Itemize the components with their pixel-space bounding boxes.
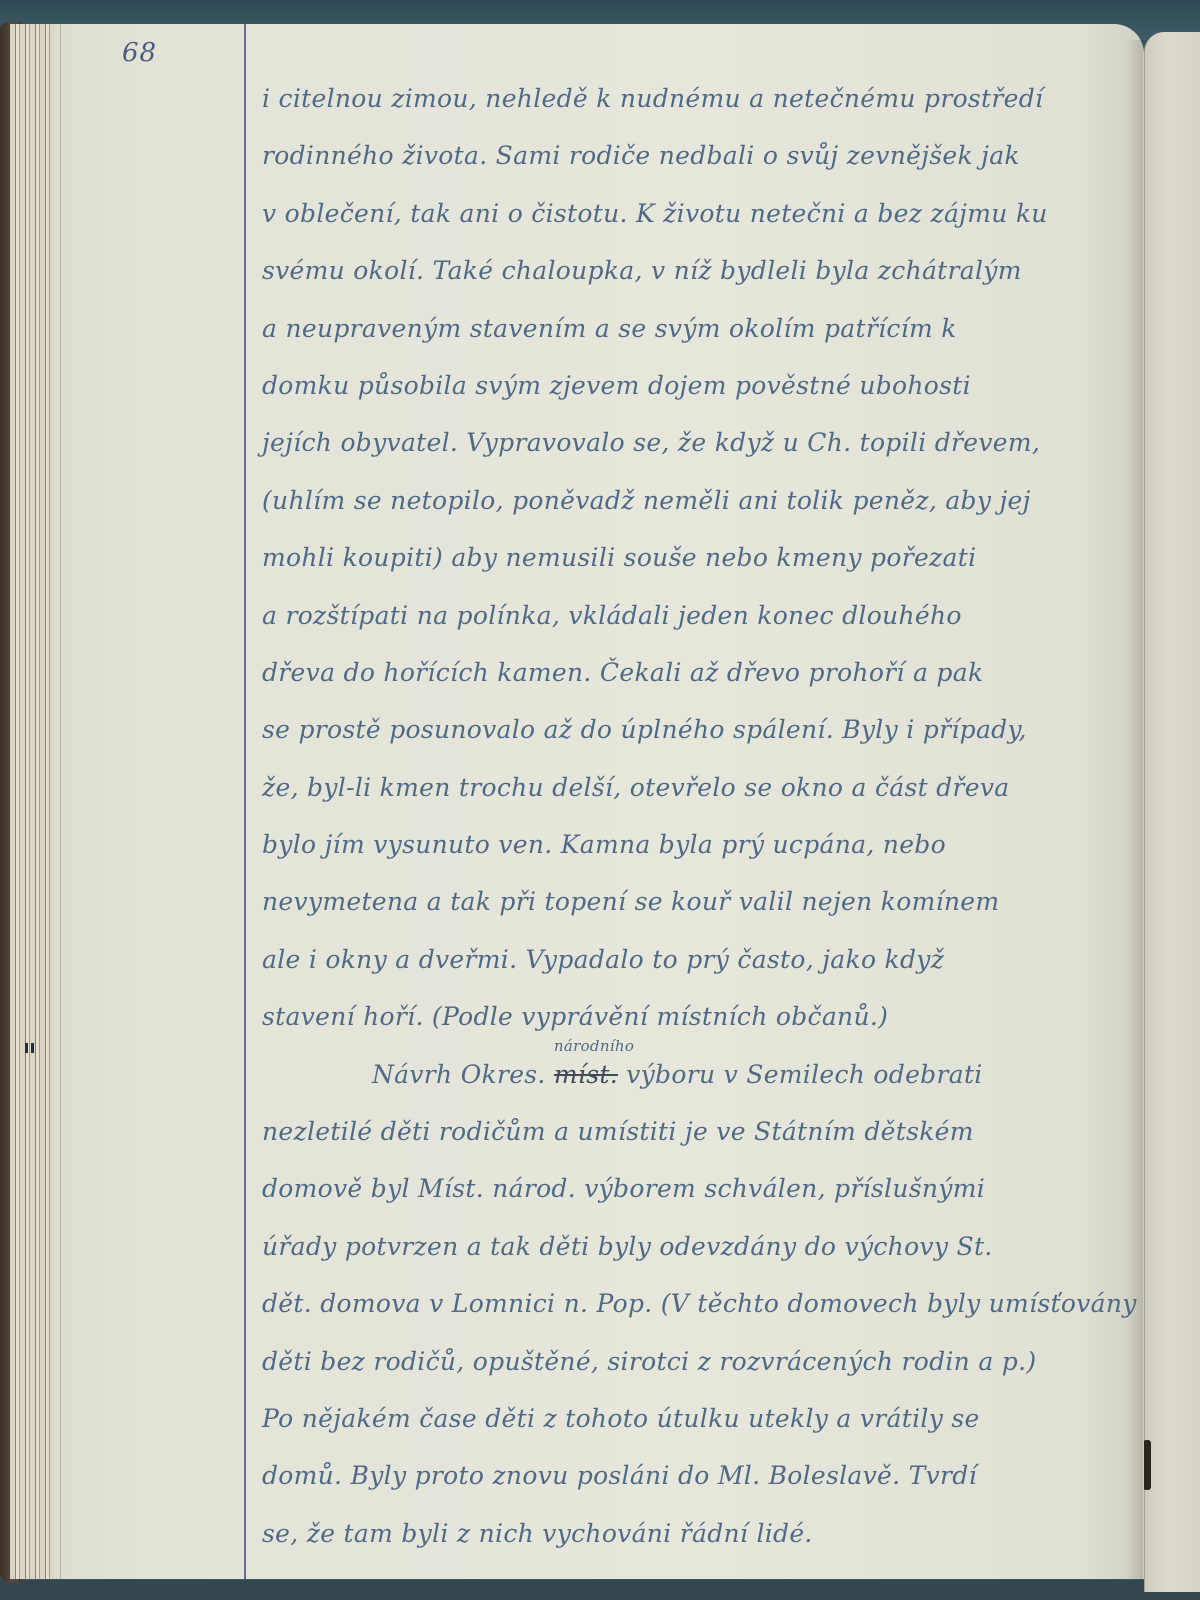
text-line: v oblečení, tak ani o čistotu. K životu … [262,185,1102,242]
text-line: domově byl Míst. národ. výborem schválen… [262,1160,1102,1217]
text-line: mohli koupiti) aby nemusili souše nebo k… [262,529,1102,586]
text-line: a neupraveným stavením a se svým okolím … [262,300,1102,357]
text-line: nevymetena a tak při topení se kouř vali… [262,873,1102,930]
text-line: dět. domova v Lomnici n. Pop. (V těchto … [262,1275,1102,1332]
text-line: svému okolí. Také chaloupka, v níž bydle… [262,242,1102,299]
text-line: a rozštípati na polínka, vkládali jeden … [262,587,1102,644]
text-line: i citelnou zimou, nehledě k nudnému a ne… [262,70,1102,127]
facing-page-edge [1144,32,1200,1592]
text-line: domů. Byly proto znovu posláni do Ml. Bo… [262,1447,1102,1504]
text-line: se prostě posunovalo až do úplného spále… [262,701,1102,758]
binding-thread-marks [25,1038,37,1050]
text-line: (uhlím se netopilo, poněvadž neměli ani … [262,472,1102,529]
text-line: ale i okny a dveřmi. Vypadalo to prý čas… [262,931,1102,988]
margin-rule-line [244,24,246,1579]
page-border-line [60,24,61,1579]
handwritten-text-body: i citelnou zimou, nehledě k nudnému a ne… [262,70,1102,1562]
gutter-shadow [1125,40,1143,1580]
inserted-correction: národního [554,1038,634,1054]
text-line: že, byl-li kmen trochu delší, otevřelo s… [262,759,1102,816]
text-line: Po nějakém čase děti z tohoto útulku ute… [262,1390,1102,1447]
text-segment: Návrh Okres. [372,1060,546,1089]
text-line: jejích obyvatel. Vypravovalo se, že když… [262,414,1102,471]
page-number: 68 [122,38,157,68]
text-line: nezletilé děti rodičům a umístiti je ve … [262,1103,1102,1160]
text-line: dřeva do hořících kamen. Čekali až dřevo… [262,644,1102,701]
struck-word: národníhomíst. [554,1060,618,1089]
text-line: se, že tam byli z nich vychováni řádní l… [262,1505,1102,1562]
spine-damage-mark [1143,1440,1151,1490]
text-line: stavení hoří. (Podle vyprávění místních … [262,988,1102,1045]
text-line: úřady potvrzen a tak děti byly odevzdány… [262,1218,1102,1275]
text-line: rodinného života. Sami rodiče nedbali o … [262,127,1102,184]
stacked-page-edges [10,24,56,1579]
text-line-paragraph-start: Návrh Okres. národníhomíst. výboru v Sem… [262,1046,1102,1103]
struck-word-text: míst. [554,1060,618,1089]
text-segment: výboru v Semilech odebrati [626,1060,982,1089]
photo-backdrop-bottom [0,1580,1200,1600]
text-line: domku působila svým zjevem dojem pověstn… [262,357,1102,414]
text-line: děti bez rodičů, opuštěné, sirotci z roz… [262,1333,1102,1390]
text-line: bylo jím vysunuto ven. Kamna byla prý uc… [262,816,1102,873]
